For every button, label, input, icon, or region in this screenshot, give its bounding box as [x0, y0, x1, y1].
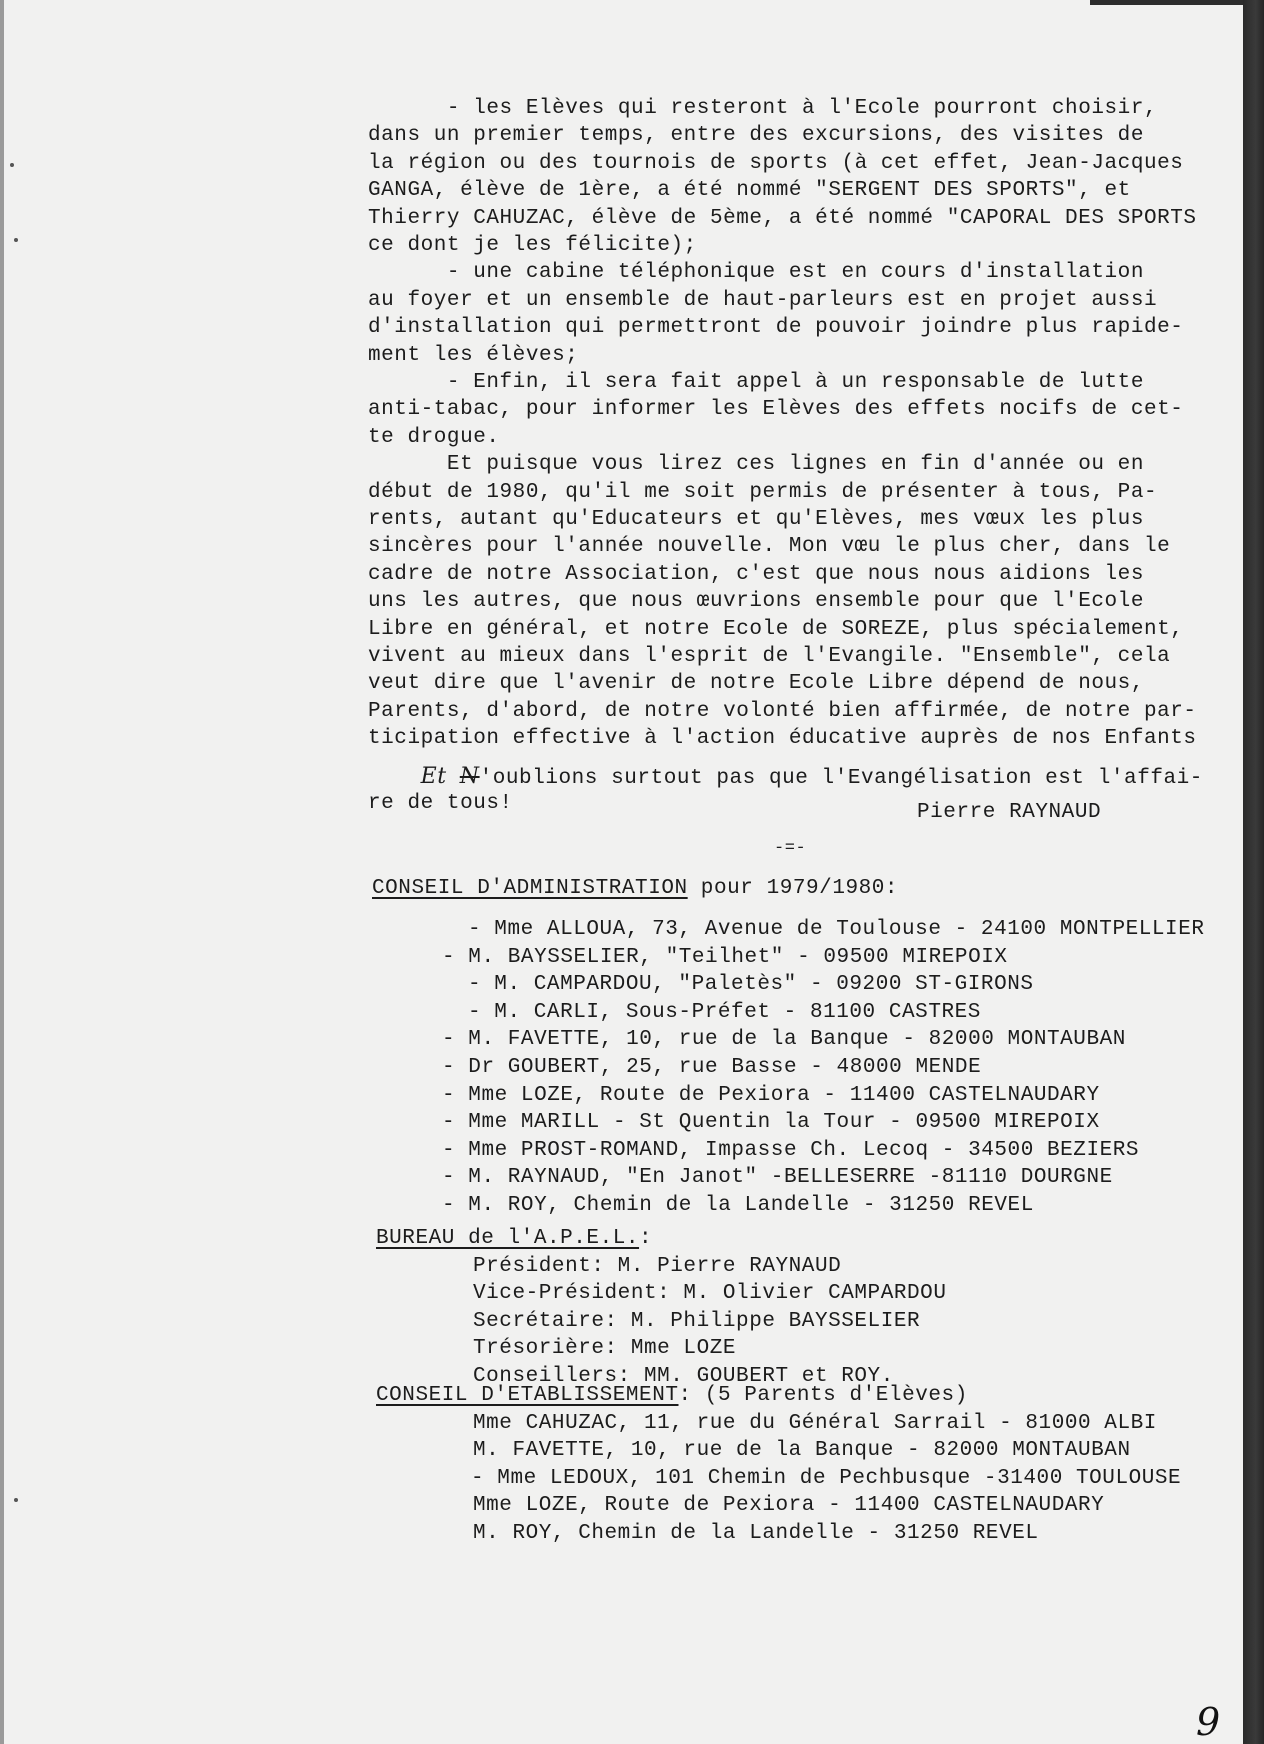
letter-line: dans un premier temps, entre des excursi… — [368, 123, 1144, 149]
admin-member: - Mme MARILL - St Quentin la Tour - 0950… — [442, 1110, 1100, 1136]
scanned-page: - les Elèves qui resteront à l'Ecole pou… — [0, 0, 1243, 1744]
scan-right-shadow — [1243, 0, 1264, 1744]
letter-line: la région ou des tournois de sports (à c… — [368, 151, 1183, 177]
admin-member: - M. RAYNAUD, "En Janot" -BELLESERRE -81… — [442, 1165, 1113, 1191]
letter-line: uns les autres, que nous œuvrions ensemb… — [368, 589, 1144, 615]
etab-member: M. FAVETTE, 10, rue de la Banque - 82000… — [473, 1438, 1131, 1464]
letter-line: ticipation effective à l'action éducativ… — [368, 726, 1197, 752]
etab-member: Mme CAHUZAC, 11, rue du Général Sarrail … — [473, 1411, 1157, 1437]
etab-member: - Mme LEDOUX, 101 Chemin de Pechbusque -… — [471, 1466, 1181, 1492]
admin-member: - M. CARLI, Sous-Préfet - 81100 CASTRES — [468, 1000, 981, 1026]
letter-line: Et puisque vous lirez ces lignes en fin … — [368, 452, 1144, 478]
closing-line: re de tous! — [368, 791, 513, 817]
letter-line: GANGA, élève de 1ère, a été nommé "SERGE… — [368, 178, 1131, 204]
admin-member: - M. FAVETTE, 10, rue de la Banque - 820… — [442, 1027, 1126, 1053]
letter-line: Thierry CAHUZAC, élève de 5ème, a été no… — [368, 206, 1197, 232]
scan-speck — [10, 163, 14, 167]
conseil-etab-heading: CONSEIL D'ETABLISSEMENT: (5 Parents d'El… — [376, 1383, 968, 1409]
etab-member: M. ROY, Chemin de la Landelle - 31250 RE… — [473, 1521, 1039, 1547]
letter-line: Parents, d'abord, de notre volonté bien … — [368, 699, 1197, 725]
admin-member: - M. CAMPARDOU, "Paletès" - 09200 ST-GIR… — [468, 972, 1034, 998]
admin-member: - Mme ALLOUA, 73, Avenue de Toulouse - 2… — [468, 917, 1205, 943]
page-number: 9 — [1196, 1700, 1220, 1744]
letter-line: rents, autant qu'Educateurs et qu'Elèves… — [368, 507, 1144, 533]
admin-member: - M. ROY, Chemin de la Landelle - 31250 … — [442, 1193, 1034, 1219]
etab-member: Mme LOZE, Route de Pexiora - 11400 CASTE… — [473, 1493, 1104, 1519]
bureau-member: Trésorière: Mme LOZE — [473, 1336, 736, 1362]
letter-line: sincères pour l'année nouvelle. Mon vœu … — [368, 534, 1170, 560]
admin-member: - Dr GOUBERT, 25, rue Basse - 48000 MEND… — [442, 1055, 981, 1081]
separator: -=- — [774, 836, 806, 862]
letter-line: anti-tabac, pour informer les Elèves des… — [368, 397, 1183, 423]
scan-speck — [14, 238, 18, 242]
letter-line: - une cabine téléphonique est en cours d… — [368, 260, 1144, 286]
letter-line: - les Elèves qui resteront à l'Ecole pou… — [368, 96, 1157, 122]
letter-line: ment les élèves; — [368, 343, 578, 369]
letter-line: veut dire que l'avenir de notre Ecole Li… — [368, 671, 1144, 697]
letter-line: te drogue. — [368, 425, 500, 451]
admin-member: - M. BAYSSELIER, "Teilhet" - 09500 MIREP… — [442, 945, 1008, 971]
letter-line: d'installation qui permettront de pouvoi… — [368, 315, 1183, 341]
letter-line: au foyer et un ensemble de haut-parleurs… — [368, 288, 1157, 314]
last-paragraph-line: Et N'oublions surtout pas que l'Evangéli… — [368, 764, 1203, 792]
admin-member: - Mme LOZE, Route de Pexiora - 11400 CAS… — [442, 1083, 1100, 1109]
struck-text: N — [460, 764, 480, 789]
handwritten-correction: Et — [421, 764, 447, 789]
letter-line: - Enfin, il sera fait appel à un respons… — [368, 370, 1144, 396]
letter-line: ce dont je les félicite); — [368, 233, 697, 259]
scan-top-edge — [1090, 0, 1250, 5]
admin-member: - Mme PROST-ROMAND, Impasse Ch. Lecoq - … — [442, 1138, 1139, 1164]
page-left-edge — [0, 0, 4, 1744]
bureau-member: Président: M. Pierre RAYNAUD — [473, 1254, 841, 1280]
conseil-admin-heading: CONSEIL D'ADMINISTRATION pour 1979/1980: — [372, 876, 898, 902]
bureau-member: Vice-Président: M. Olivier CAMPARDOU — [473, 1281, 946, 1307]
letter-line: début de 1980, qu'il me soit permis de p… — [368, 480, 1157, 506]
letter-line: vivent au mieux dans l'esprit de l'Evang… — [368, 644, 1170, 670]
scan-speck — [14, 1498, 18, 1502]
signature: Pierre RAYNAUD — [917, 800, 1101, 826]
letter-line: cadre de notre Association, c'est que no… — [368, 562, 1144, 588]
bureau-member: Secrétaire: M. Philippe BAYSSELIER — [473, 1309, 920, 1335]
letter-line: Libre en général, et notre Ecole de SORE… — [368, 617, 1183, 643]
bureau-heading: BUREAU de l'A.P.E.L.: — [376, 1226, 652, 1252]
